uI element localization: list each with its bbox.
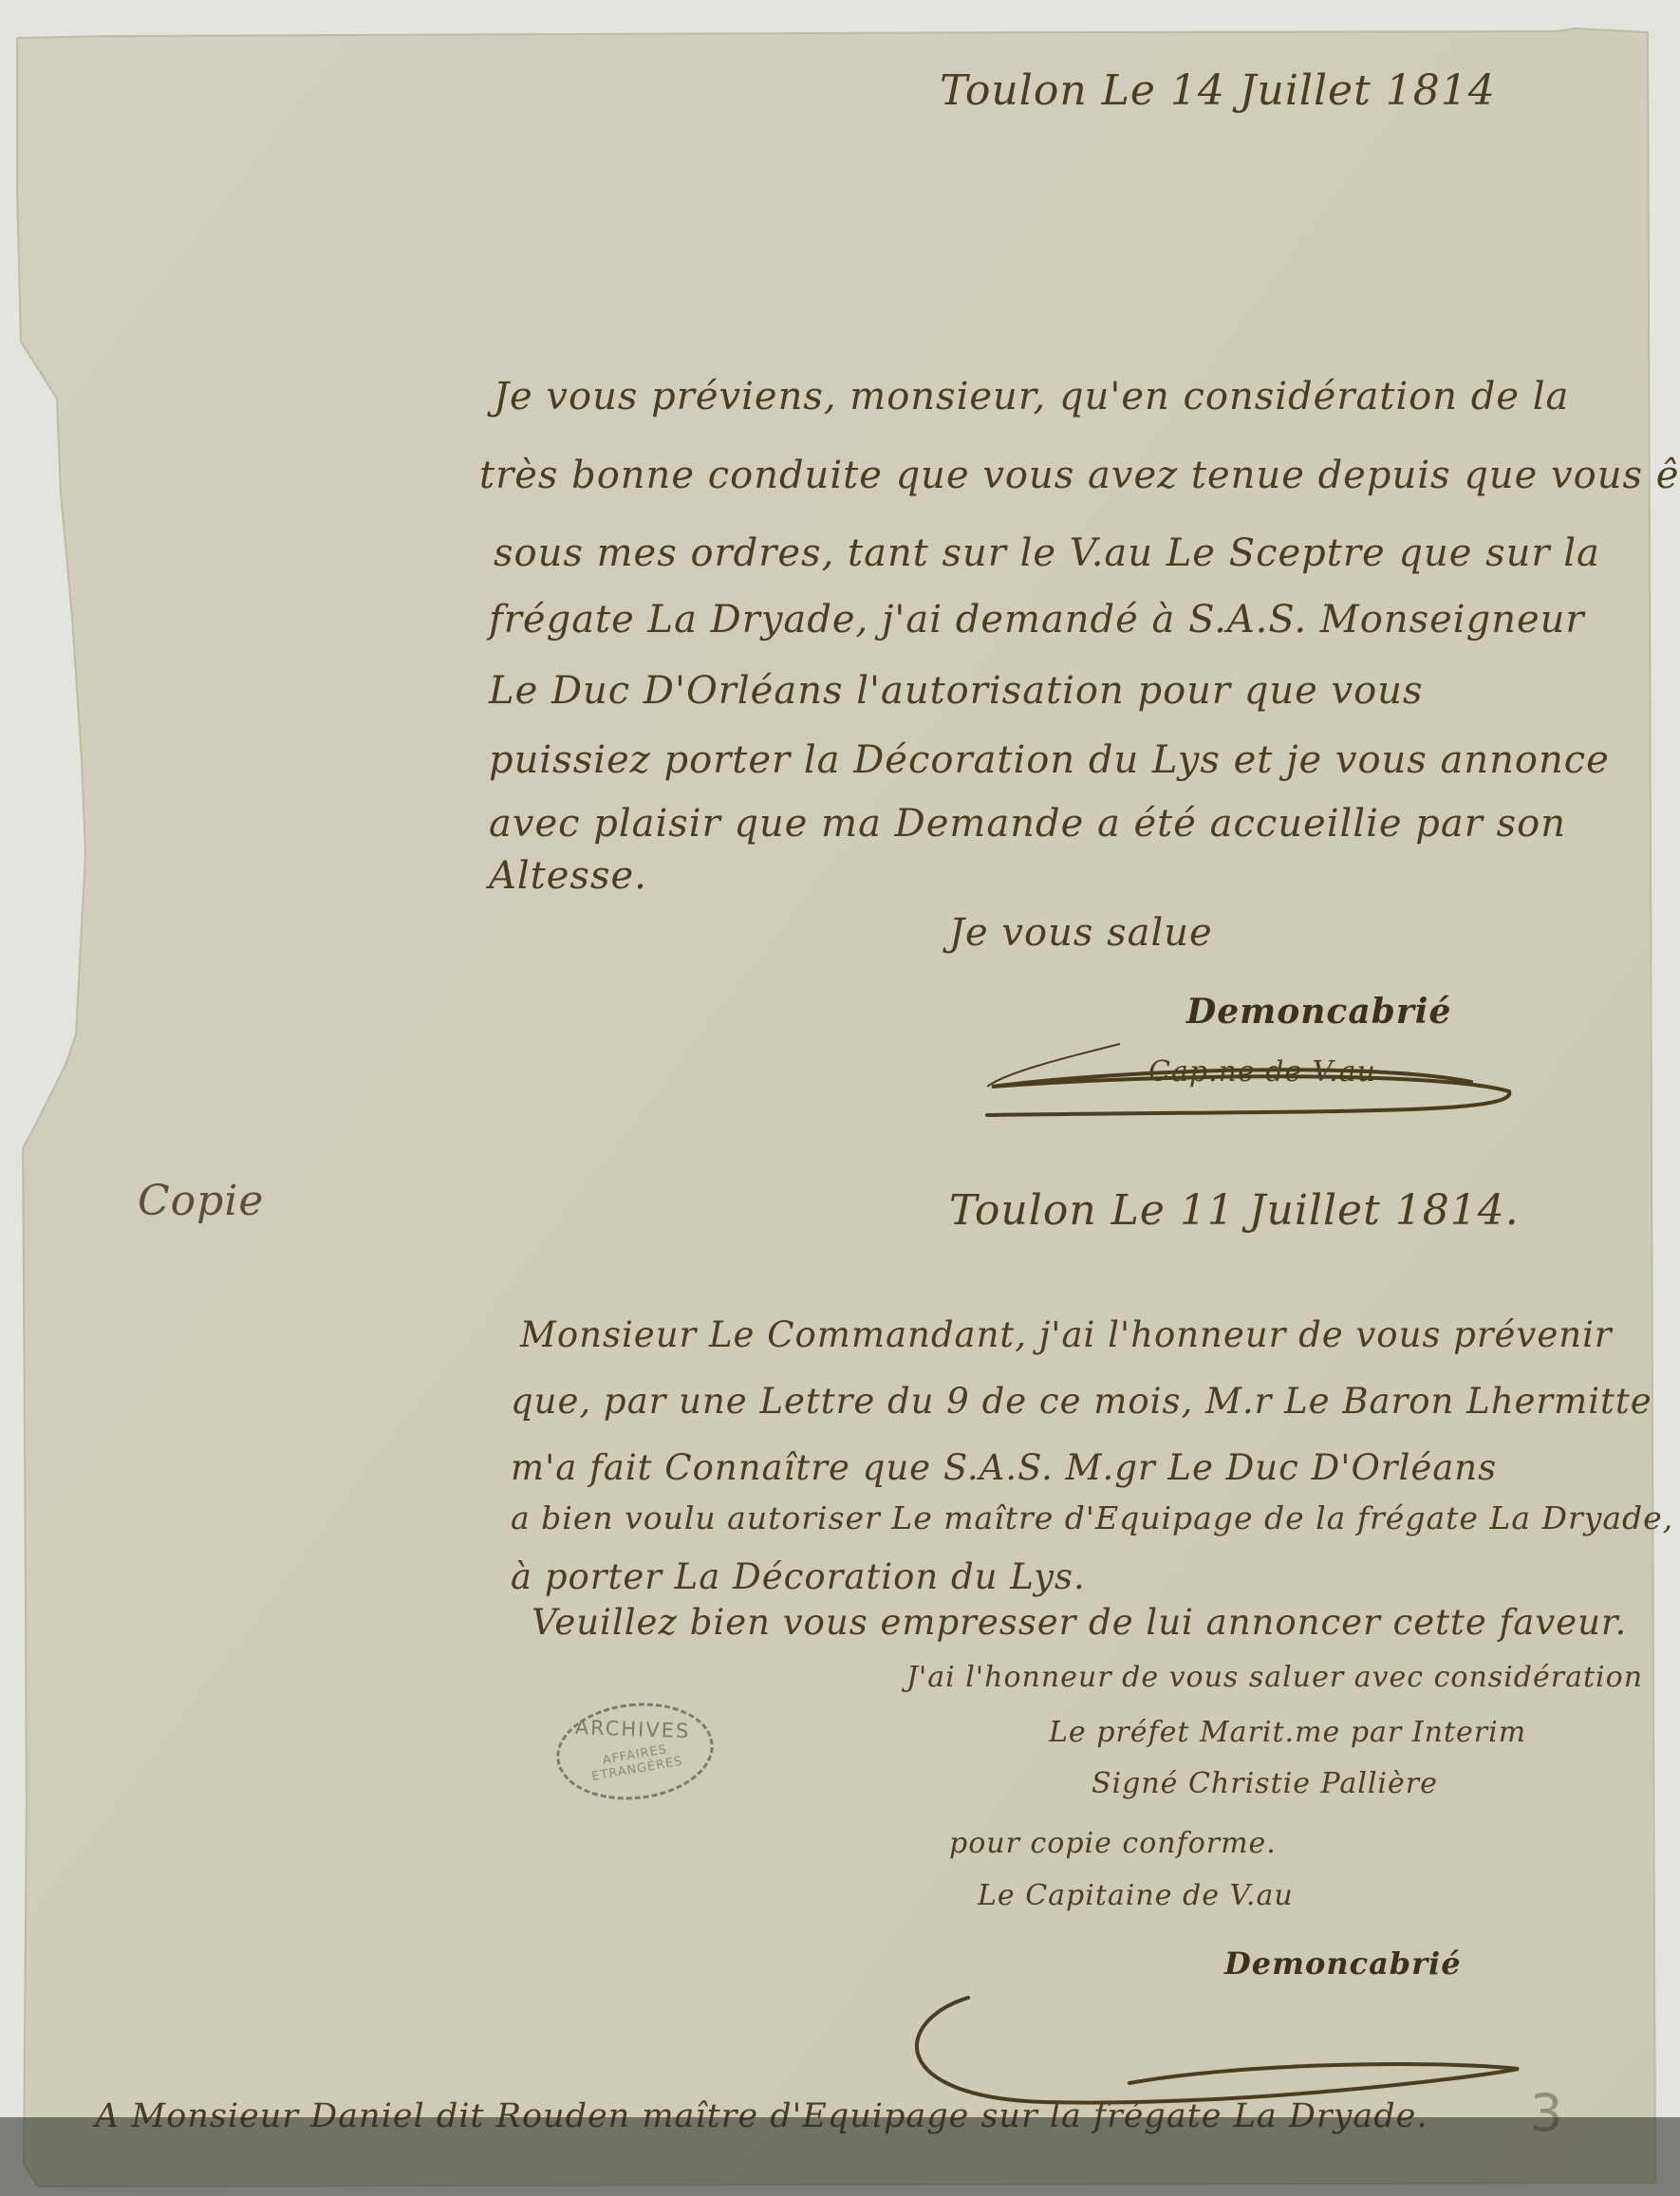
paper-shape bbox=[0, 0, 1680, 2196]
letter1-line-3: sous mes ordres, tant sur le V.au Le Sce… bbox=[494, 531, 1600, 575]
letter2-line-6: Veuillez bien vous empresser de lui anno… bbox=[532, 1602, 1627, 1643]
bottom-overlay-bar bbox=[0, 2117, 1680, 2196]
document-sheet: Toulon Le 14 Juillet 1814 Je vous prévie… bbox=[0, 0, 1680, 2196]
margin-note-copie: Copie bbox=[138, 1177, 264, 1225]
letter1-closing: Je vous salue bbox=[949, 911, 1213, 955]
letter1-dateline: Toulon Le 14 Juillet 1814 bbox=[940, 66, 1496, 115]
letter2-line-2: que, par une Lettre du 9 de ce mois, M.r… bbox=[511, 1381, 1652, 1422]
letter1-line-6: puissiez porter la Décoration du Lys et … bbox=[489, 738, 1610, 782]
stamp-line-2: AFFAIRES ÉTRANGÈRES bbox=[559, 1735, 714, 1789]
letter2-signer-title: Le préfet Marit.me par Interim bbox=[1049, 1716, 1526, 1749]
letter1-line-8: Altesse. bbox=[489, 854, 647, 898]
letter1-line-5: Le Duc D'Orléans l'autorisation pour que… bbox=[489, 669, 1423, 713]
letter2-certifier-signature: Demoncabrié bbox=[1224, 1945, 1462, 1982]
letter2-certification: pour copie conforme. bbox=[949, 1827, 1277, 1860]
letter2-signed: Signé Christie Pallière bbox=[1092, 1767, 1438, 1800]
letter1-line-4: frégate La Dryade, j'ai demandé à S.A.S.… bbox=[489, 598, 1585, 642]
letter2-line-3: m'a fait Connaître que S.A.S. M.gr Le Du… bbox=[511, 1447, 1497, 1488]
letter2-line-1: Monsieur Le Commandant, j'ai l'honneur d… bbox=[520, 1314, 1613, 1355]
letter2-line-4: a bien voulu autoriser Le maître d'Equip… bbox=[511, 1499, 1673, 1536]
letter2-closing: J'ai l'honneur de vous saluer avec consi… bbox=[906, 1661, 1643, 1694]
letter2-dateline: Toulon Le 11 Juillet 1814. bbox=[949, 1186, 1520, 1235]
letter1-line-7: avec plaisir que ma Demande a été accuei… bbox=[489, 802, 1566, 846]
letter2-line-5: à porter La Décoration du Lys. bbox=[511, 1556, 1086, 1597]
letter1-line-1: Je vous préviens, monsieur, qu'en consid… bbox=[494, 375, 1569, 419]
letter1-line-2: très bonne conduite que vous avez tenue … bbox=[479, 454, 1680, 497]
letter1-signature-title: Cap.ne de V.au bbox=[1148, 1055, 1376, 1089]
letter1-signature: Demoncabrié bbox=[1186, 992, 1451, 1032]
letter2-certifier-title: Le Capitaine de V.au bbox=[978, 1879, 1294, 1912]
